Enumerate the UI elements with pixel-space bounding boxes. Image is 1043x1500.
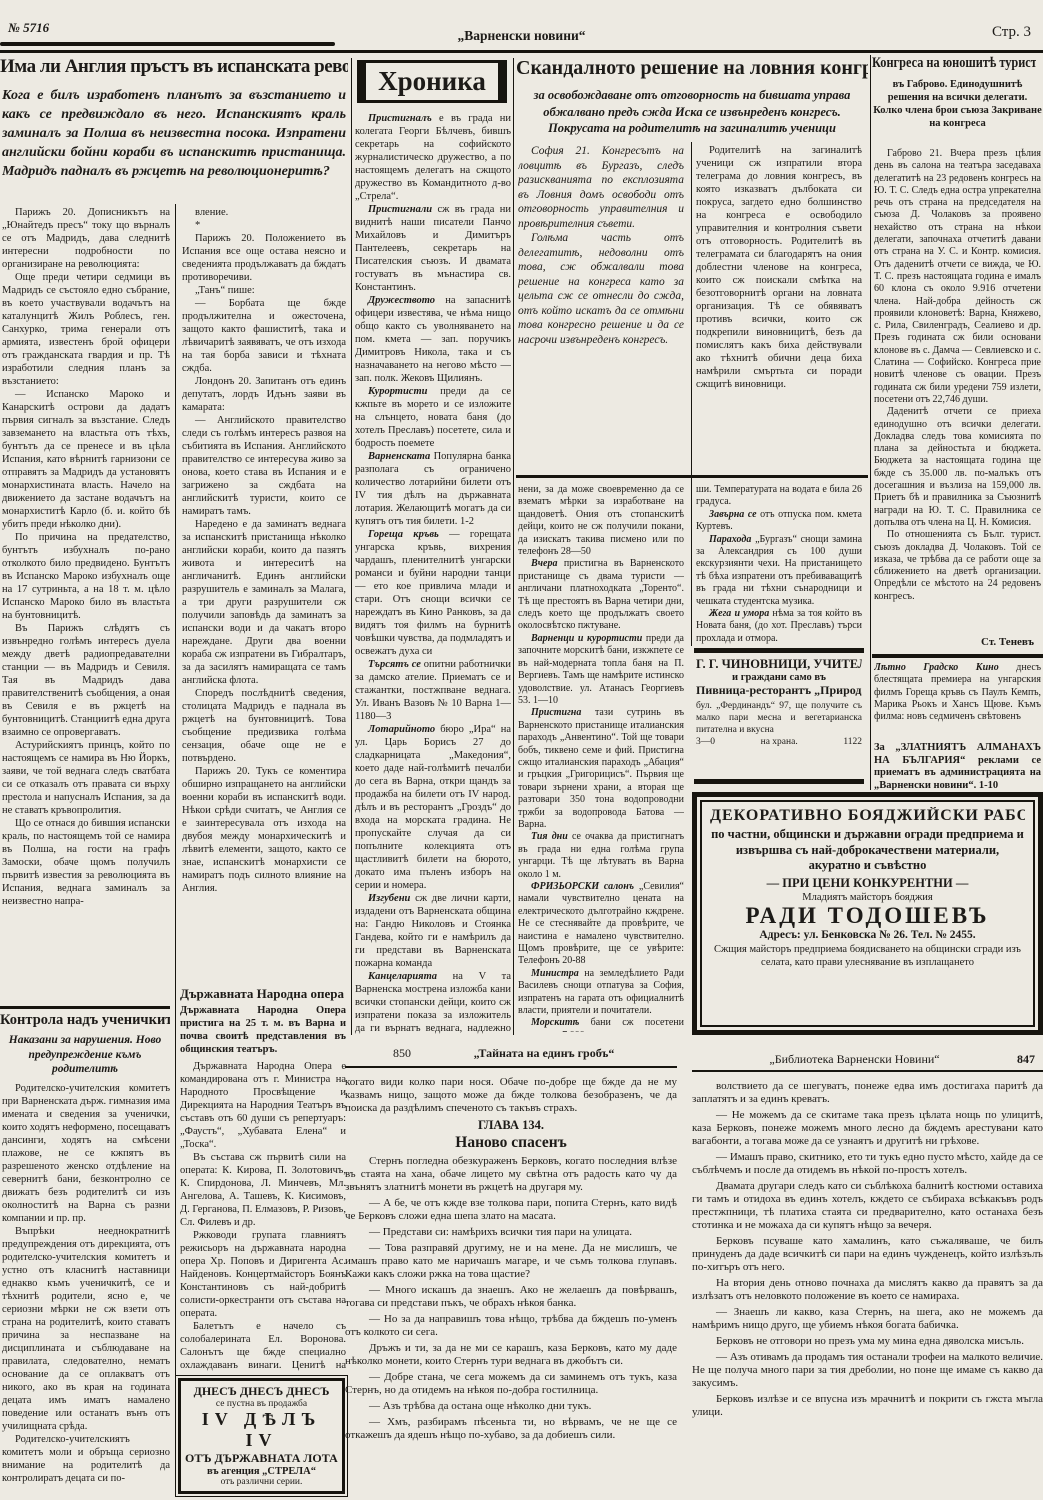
- serial-right-page: 847: [1017, 1052, 1035, 1067]
- kino-item-lead: Лѣтно Градско Кино: [874, 662, 999, 673]
- serial-chapter: ГЛАВА 134.: [345, 1119, 677, 1132]
- serial-left-page: 850: [393, 1046, 411, 1061]
- article-control-subhead: Наказани за нарушения. Ново предупрежден…: [0, 1033, 170, 1077]
- ad-pivnitsa-foot-left: 3—0: [696, 737, 715, 747]
- chronicle-item: Варненци и курортисти преди да започните…: [518, 633, 684, 707]
- chronicle-tail: ши. Температурата на водата е била 26 гр…: [696, 484, 862, 509]
- chronicle-item: ФРИЗЬОРСКИ салонъ „Севилия“ намали чувст…: [518, 881, 684, 968]
- ad-todoshev-name: РАДИ ТОДОШЕВЪ: [710, 903, 1025, 929]
- serial-right-body: волствието да се шегуватъ, понеже едва и…: [692, 1080, 1043, 1498]
- chronicle-item: Морскитѣ бани сж посетени днесъ отъ 7,00…: [518, 1017, 684, 1032]
- chronicle-item: Канцеларията на V та Варненска мострена …: [355, 970, 511, 1034]
- article-hunting-col2: Родителитѣ на загиналитѣ ученици сж изпр…: [696, 144, 862, 472]
- chronicle-item: Вчера пристигна въ Варненското пристанищ…: [518, 558, 684, 632]
- chronicle-item: Курортисти преди да се кжпьте въ морето …: [355, 385, 511, 450]
- article-spain-col2: вление.*Парижъ 20. Положението въ Испани…: [182, 206, 346, 976]
- chronicle-cont-a: нени, за да може своевременно да се взем…: [518, 484, 684, 1032]
- ad-lottery: ДНЕСЪ ДНЕСЪ ДНЕСЪ се пустна въ продажба …: [178, 1378, 345, 1494]
- chronicle-item: Гореща кръвь — горещата унгарска кръвь, …: [355, 528, 511, 658]
- article-tourists-headline: Конгреса на юношитѣ туристи: [872, 55, 1036, 72]
- article-hunting-subhead: за освобождаване отъ отговорность на бив…: [518, 87, 866, 139]
- section-rule: [872, 654, 1043, 658]
- ad-todoshev-body2: Сжщия майсторъ предприема боядисването н…: [710, 943, 1025, 969]
- ad-todoshev-body1: по частни, общински и държавни огради пр…: [710, 827, 1025, 874]
- serial-rule: [692, 1070, 1043, 1072]
- chronicle-item: Търсятъ се опитни работнички за дамско а…: [355, 658, 511, 723]
- header-rule: [0, 50, 1043, 53]
- article-spain-subhead: Кога е билъ изработенъ планътъ за възста…: [2, 86, 346, 200]
- chronicle-item: Дружеството на запаснитѣ офицери известя…: [355, 294, 511, 385]
- serial-right-header: „Библиотека Варненски Новини“ 847: [692, 1052, 1043, 1067]
- article-tourists-subhead: въ Габрово. Единодушнитѣ решения на всич…: [872, 78, 1043, 144]
- article-opera-body: Държавната Народна Опера е командирована…: [180, 1060, 346, 1372]
- article-control-headline: Контрола надъ ученичкитѣ: [0, 1012, 170, 1029]
- article-spain-headline: Има ли Англия пръстъ въ испанската револ…: [0, 56, 348, 78]
- chronicle-item: Пристигна тази сутринь въ Варненското пр…: [518, 707, 684, 831]
- column-divider: [513, 58, 514, 1035]
- chronicle-cont-b: ши. Температурата на водата е била 26 гр…: [696, 484, 862, 644]
- ad-todoshev-title: ДЕКОРАТИВНО БОЯДЖИЙСКИ РАБОТИ: [710, 807, 1025, 825]
- article-opera-title: Държавната Народна опера: [178, 986, 346, 1002]
- ad-lottery-line5: въ агенция „СТРЕЛА“: [185, 1466, 338, 1477]
- article-control-body: Родителско-учителския комитетъ при Варне…: [2, 1082, 170, 1496]
- ad-pivnitsa-title3: Пивница-ресторантъ „Природа“: [696, 683, 862, 698]
- article-hunting-col1: София 21. Конгресътъ на ловцитѣ въ Бурга…: [518, 144, 684, 472]
- serial-chapter-title: Наново спасенъ: [345, 1136, 677, 1149]
- ad-pivnitsa: Г. Г. ЧИНОВНИЦИ, УЧИТЕЛИ и граждани само…: [694, 648, 864, 784]
- ad-pivnitsa-footer: 3—0 на храна. 1122: [696, 737, 862, 747]
- newspaper-page: № 5716 „Варненски новини“ Стр. 3 Има ли …: [0, 0, 1043, 1500]
- chronicle-item: Завърна се отъ отпуска пом. кмета Куртев…: [696, 509, 862, 534]
- chronicle-tail: нени, за да може своевременно да се взем…: [518, 484, 684, 558]
- kino-item: Лѣтно Градско Кино днесъ блестящата прем…: [874, 662, 1041, 740]
- serial-left-body: когато види колко пари нося. Обаче по-до…: [345, 1076, 677, 1496]
- almanac-notice: За „ЗЛАТНИЯТЪ АЛМАНАХЪ НА БЪЛГАРИЯ“ рекл…: [874, 742, 1041, 790]
- article-tourists-byline: Ст. Теневъ: [874, 636, 1034, 648]
- ad-lottery-line2: се пустна въ продажба: [185, 1399, 338, 1409]
- chronicle-item: Тия дни се очаква да пристигнатъ въ град…: [518, 831, 684, 881]
- article-opera-intro: Държавната Народна Опера пристига на 25 …: [180, 1004, 346, 1058]
- chronicle-item: Пристигналъ е въ града ни колегата Георг…: [355, 112, 511, 203]
- chronicle-item: Варненската Популярна банка разполага съ…: [355, 450, 511, 528]
- chronicle-item: Лотарийното бюро „Ира“ на ул. Царь Борис…: [355, 723, 511, 892]
- serial-rule: [345, 1066, 677, 1068]
- chronicle-item: Изгубени сж две лични карти, издадени от…: [355, 892, 511, 970]
- ad-todoshev-address: Адресъ: ул. Бенковска № 26. Тел. № 2455.: [710, 929, 1025, 941]
- ad-pivnitsa-foot-right: 1122: [843, 737, 862, 747]
- section-rule: [0, 1006, 170, 1009]
- serial-left-header: 850 „Тайната на единъ гробъ“: [345, 1046, 677, 1061]
- ad-pivnitsa-title2: и граждани само въ: [696, 672, 862, 683]
- ad-pivnitsa-body: бул. „Фердинандъ“ 97, ще получите съ мал…: [696, 700, 862, 736]
- article-spain-col1: Парижъ 20. Дописникътъ на „Юнайтедъ прес…: [2, 206, 170, 976]
- ad-pivnitsa-foot-mid: на храна.: [761, 737, 798, 747]
- ad-todoshev: ДЕКОРАТИВНО БОЯДЖИЙСКИ РАБОТИ по частни,…: [692, 792, 1043, 1035]
- chronicle-item: Жега и умора нѣма за тоя който въ Новата…: [696, 608, 862, 644]
- page-number: Стр. 3: [992, 24, 1031, 41]
- column-divider: [351, 58, 352, 1035]
- serial-right-title: „Библиотека Варненски Новини“: [769, 1052, 939, 1067]
- chronicle-title: Хроника: [357, 60, 507, 103]
- ad-pivnitsa-title1: Г. Г. ЧИНОВНИЦИ, УЧИТЕЛИ: [696, 657, 862, 672]
- chronicle-item: Министра на земледѣлието Ради Василевъ с…: [518, 968, 684, 1018]
- ad-todoshev-sub: Младиятъ майсторъ бояджия: [710, 892, 1025, 903]
- article-tourists-body: Габрово 21. Вчера презъ цѣлия день въ са…: [874, 148, 1041, 634]
- column-divider: [870, 55, 871, 790]
- column-divider: [175, 204, 176, 1494]
- column-divider: [691, 142, 692, 646]
- chronicle-items: Пристигналъ е въ града ни колегата Георг…: [355, 112, 511, 1034]
- article-hunting-headline: Скандалното решение на ловния конгресъ: [516, 57, 868, 80]
- chronicle-item: Парахода „Бургазъ“ снощи замина за Алекс…: [696, 534, 862, 608]
- section-rule: [516, 475, 868, 478]
- ad-lottery-line1: ДНЕСЪ ДНЕСЪ ДНЕСЪ: [185, 1384, 338, 1399]
- ad-lottery-line6: отъ различни серии.: [185, 1477, 338, 1487]
- serial-left-title: „Тайната на единъ гробъ“: [474, 1046, 615, 1061]
- header-rule-left: [0, 42, 335, 46]
- chronicle-item: Пристигнали сж въ града ни виднитѣ наши …: [355, 203, 511, 294]
- ad-lottery-line4: ОТЪ ДЪРЖАВНАТА ЛОТАРИЯ: [185, 1451, 338, 1466]
- ad-todoshev-prices: — ПРИ ЦЕНИ КОНКУРЕНТНИ —: [710, 876, 1025, 891]
- ad-lottery-line3: IV ДѢЛЪ IV: [185, 1409, 338, 1451]
